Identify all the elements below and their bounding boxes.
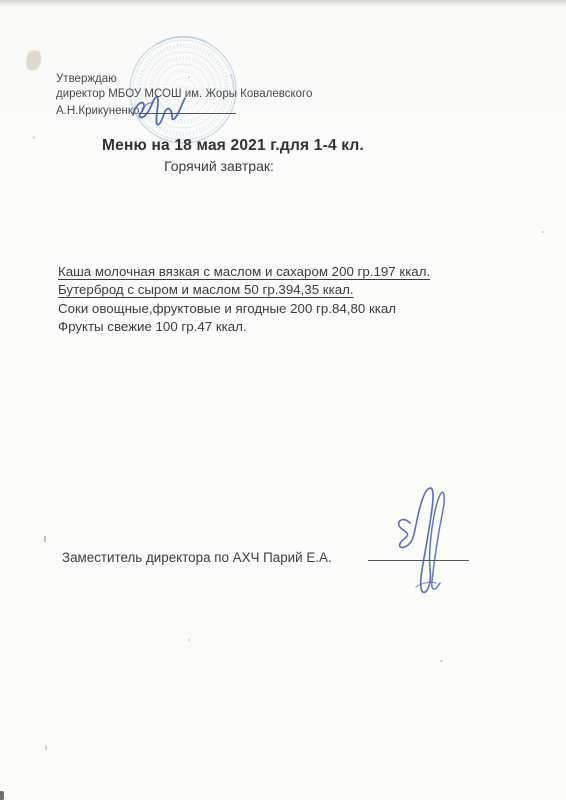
scan-edge-shadow bbox=[0, 0, 566, 7]
director-name: А.Н.Крикуненко bbox=[56, 105, 139, 117]
menu-item: Каша молочная вязкая с маслом и сахаром … bbox=[58, 263, 430, 281]
scan-corner-artifact bbox=[0, 791, 4, 800]
menu-item: Фрукты свежие 100 гр.47 ккал. bbox=[58, 318, 430, 336]
approval-word: Утверждаю bbox=[56, 72, 312, 87]
scan-speck bbox=[45, 745, 47, 750]
menu-list: Каша молочная вязкая с маслом и сахаром … bbox=[58, 263, 430, 336]
paper-smudge bbox=[23, 48, 44, 73]
director-signature-icon bbox=[128, 90, 193, 128]
title-block: Меню на 18 мая 2021 г.для 1-4 кл. Горячи… bbox=[2, 137, 464, 174]
menu-item: Соки овощные,фруктовые и ягодные 200 гр.… bbox=[58, 300, 430, 318]
scan-speck bbox=[440, 660, 443, 662]
scan-speck bbox=[542, 231, 544, 233]
scanned-menu-document: Утверждаю директор МБОУ МСОШ им. Жоры Ко… bbox=[0, 0, 566, 800]
page-title: Меню на 18 мая 2021 г.для 1-4 кл. bbox=[2, 137, 464, 155]
scan-speck bbox=[44, 536, 46, 542]
deputy-signature-icon bbox=[386, 483, 452, 597]
scan-speck bbox=[188, 639, 190, 641]
menu-item: Бутерброд с сыром и маслом 50 гр.394,35 … bbox=[58, 281, 430, 299]
deputy-title-line: Заместитель директора по АХЧ Парий Е.А. bbox=[62, 550, 332, 565]
page-subtitle: Горячий завтрак: bbox=[0, 158, 464, 174]
